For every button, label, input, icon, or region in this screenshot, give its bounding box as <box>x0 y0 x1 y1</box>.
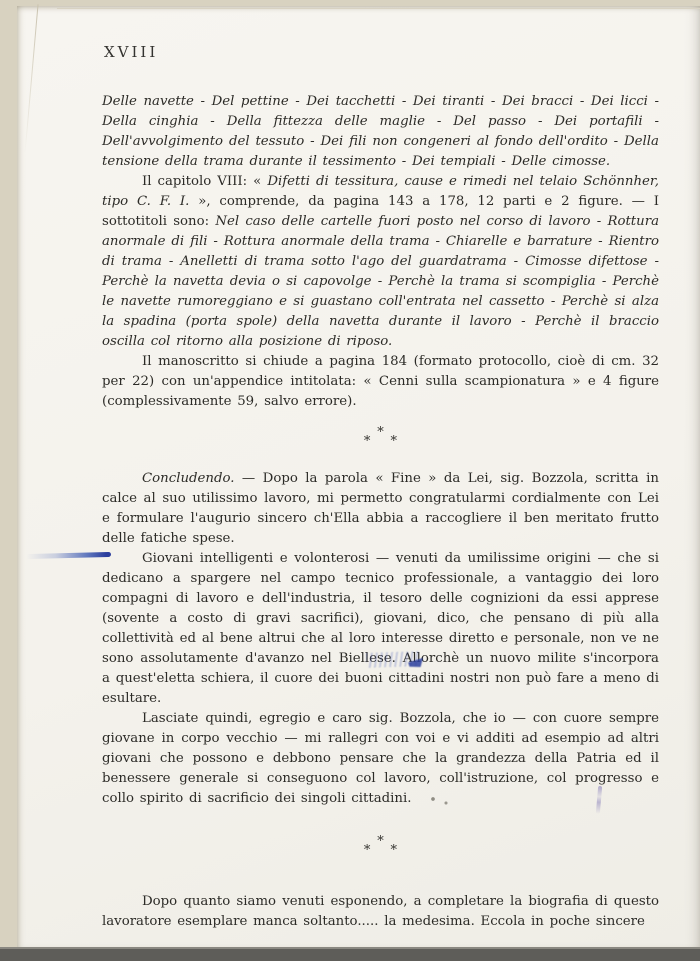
paragraph: Il manoscritto si chiude a pagina 184 (f… <box>102 352 659 412</box>
paragraph: Lasciate quindi, egregio e caro sig. Boz… <box>102 709 659 809</box>
asterism-separator: ** * <box>102 837 659 856</box>
paragraph: Il capitolo VIII: « Difetti di tessitura… <box>102 172 659 352</box>
scanned-book-page: { "page": { "number": "XVIII", "colors":… <box>0 0 700 961</box>
italic-segment: Concludendo. <box>142 471 234 486</box>
text-segment: Dopo quanto siamo venuti esponendo, a co… <box>102 894 659 929</box>
paragraph: Concludendo. — Dopo la parola « Fine » d… <box>102 469 659 549</box>
italic-segment: Nel caso delle cartelle fuori posto nel … <box>102 214 659 349</box>
text-segment: Il capitolo VIII: « <box>142 174 267 189</box>
text-segment: Giovani intelligenti e volonterosi — ven… <box>102 551 659 706</box>
text-block: XVIII Delle navette - Del pettine - Dei … <box>102 42 659 932</box>
paragraph: Delle navette - Del pettine - Dei tacche… <box>102 92 659 172</box>
text-segment: Lasciate quindi, egregio e caro sig. Boz… <box>102 711 659 806</box>
paragraph: Giovani intelligenti e volonterosi — ven… <box>102 549 659 709</box>
body-text: Delle navette - Del pettine - Dei tacche… <box>102 92 659 932</box>
book-page: XVIII Delle navette - Del pettine - Dei … <box>17 6 700 949</box>
scanner-bed-strip <box>0 947 700 961</box>
paragraph: Dopo quanto siamo venuti esponendo, a co… <box>102 892 659 932</box>
italic-segment: Delle navette - Del pettine - Dei tacche… <box>102 94 659 169</box>
asterism-separator: ** * <box>102 428 659 447</box>
page-number: XVIII <box>104 42 659 62</box>
text-segment: Il manoscritto si chiude a pagina 184 (f… <box>102 354 659 409</box>
